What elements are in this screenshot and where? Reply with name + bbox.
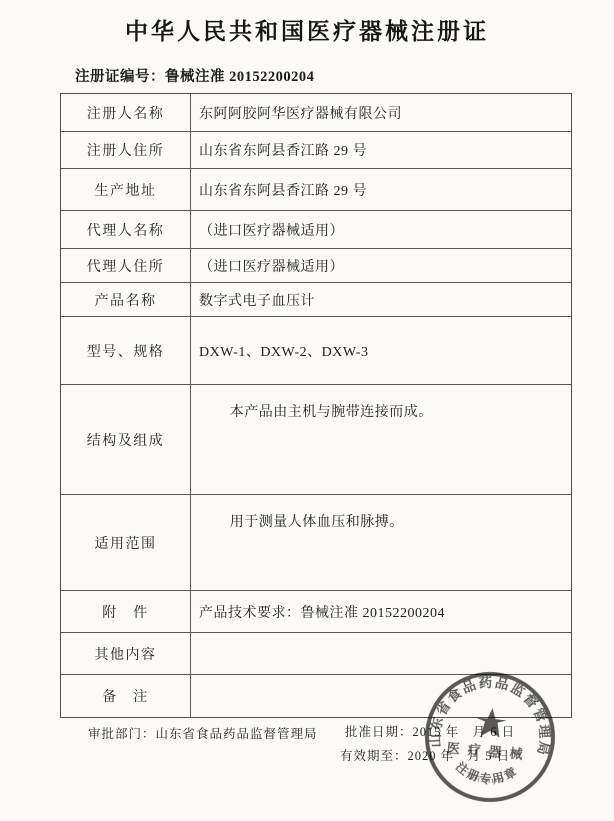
row-value: 东阿阿胶阿华医疗器械有限公司 <box>191 94 571 131</box>
table-row-production-address: 生产地址 山东省东阿县香江路 29 号 <box>61 168 571 210</box>
row-value: 山东省东阿县香江路 29 号 <box>191 169 571 210</box>
approval-date-label: 批准日期： <box>345 725 413 739</box>
table-row-other-content: 其他内容 <box>61 632 571 674</box>
table-row-registrant-name: 注册人名称 东阿阿胶阿华医疗器械有限公司 <box>61 94 571 131</box>
table-row-structure: 结构及组成 本产品由主机与腕带连接而成。 <box>61 384 571 494</box>
row-value: 数字式电子血压计 <box>191 283 571 316</box>
row-value: 用于测量人体血压和脉搏。 <box>191 495 571 590</box>
table-row-model-spec: 型号、规格 DXW-1、DXW-2、DXW-3 <box>61 316 571 384</box>
table-row-remarks: 备 注 <box>61 674 571 717</box>
row-value: 本产品由主机与腕带连接而成。 <box>191 385 571 494</box>
row-label: 型号、规格 <box>61 317 191 384</box>
row-value: 山东省东阿县香江路 29 号 <box>191 132 571 168</box>
approval-department-label: 审批部门： <box>88 727 156 741</box>
seal-serial-text: 370(5911191 <box>466 772 507 786</box>
approval-date-value: 2015 年 月 6 日 <box>413 725 516 739</box>
row-label: 代理人住所 <box>61 249 191 282</box>
row-label: 生产地址 <box>61 169 191 210</box>
page-title: 中华人民共和国医疗器械注册证 <box>0 13 614 46</box>
row-value: （进口医疗器械适用） <box>191 249 571 282</box>
row-label: 注册人名称 <box>61 94 191 131</box>
table-row-registrant-address: 注册人住所 山东省东阿县香江路 29 号 <box>61 131 571 168</box>
row-value: DXW-1、DXW-2、DXW-3 <box>191 317 571 384</box>
row-label: 结构及组成 <box>61 385 191 494</box>
row-value <box>191 675 571 717</box>
cert-number-label: 注册证编号： <box>75 69 165 85</box>
approval-department-line: 审批部门：山东省食品药品监督管理局 <box>88 724 318 742</box>
row-label: 代理人名称 <box>61 211 191 248</box>
row-label: 适用范围 <box>61 495 191 590</box>
registration-table: 注册人名称 东阿阿胶阿华医疗器械有限公司 注册人住所 山东省东阿县香江路 29 … <box>60 93 572 718</box>
approval-date-line: 批准日期：2015 年 月 6 日 <box>345 722 515 740</box>
row-label: 注册人住所 <box>61 132 191 168</box>
table-row-attachment: 附 件 产品技术要求：鲁械注准 20152200204 <box>61 590 571 632</box>
row-value: 产品技术要求：鲁械注准 20152200204 <box>191 591 571 632</box>
certificate-page: 中华人民共和国医疗器械注册证 注册证编号：鲁械注准 20152200204 注册… <box>0 0 614 821</box>
row-value <box>191 633 571 674</box>
approval-department-value: 山东省食品药品监督管理局 <box>156 727 318 741</box>
row-label: 备 注 <box>61 675 191 717</box>
valid-until-value: 2020 年 月 5 日 <box>408 749 511 763</box>
cert-number-value: 鲁械注准 20152200204 <box>165 69 314 85</box>
table-row-agent-address: 代理人住所 （进口医疗器械适用） <box>61 248 571 282</box>
valid-until-line: 有效期至：2020 年 月 5 日 <box>340 746 510 764</box>
row-label: 附 件 <box>61 591 191 632</box>
row-label: 产品名称 <box>61 283 191 316</box>
row-label: 其他内容 <box>61 633 191 674</box>
table-row-product-name: 产品名称 数字式电子血压计 <box>61 282 571 316</box>
row-value: （进口医疗器械适用） <box>191 211 571 248</box>
table-row-agent-name: 代理人名称 （进口医疗器械适用） <box>61 210 571 248</box>
cert-number-line: 注册证编号：鲁械注准 20152200204 <box>75 65 314 86</box>
table-row-scope: 适用范围 用于测量人体血压和脉搏。 <box>61 494 571 590</box>
valid-until-label: 有效期至： <box>340 749 408 763</box>
